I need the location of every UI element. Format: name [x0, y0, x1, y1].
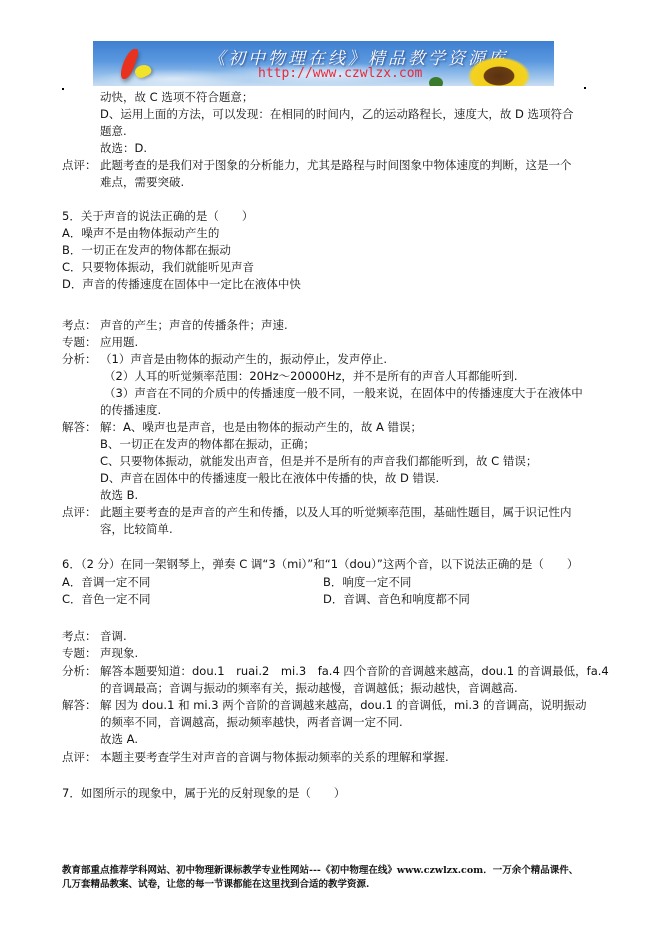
- zhuanti-label: 专题：: [62, 646, 97, 660]
- option-b: B．响度一定不同: [323, 575, 411, 589]
- kaodian-label: 考点：: [62, 318, 97, 332]
- fenxi-line: （1）声音是由物体的振动产生的，振动停止，发声停止.: [100, 352, 387, 366]
- fenxi-label: 分析：: [62, 352, 97, 366]
- option-d: D．音调、音色和响度都不同: [323, 592, 470, 606]
- answer-line: 题意.: [100, 124, 127, 138]
- kaodian-text: 音调.: [100, 629, 127, 643]
- zhuanti-label: 专题：: [62, 335, 97, 349]
- question-7-stem: 7．如图所示的现象中，属于光的反射现象的是（ ）: [62, 786, 345, 800]
- dianping-line: 本题主要考查学生对声音的音调与物体振动频率的关系的理解和掌握.: [100, 750, 449, 764]
- fenxi-line: 的音调最高；音调与振动的频率有关，振动越慢，音调越低；振动越快，音调越高.: [100, 681, 518, 695]
- option-a: A．噪声不是由物体振动产生的: [62, 226, 219, 240]
- zhuanti-text: 应用题.: [100, 335, 138, 349]
- jieda-label: 解答：: [62, 420, 97, 434]
- fenxi-label: 分析：: [62, 664, 97, 678]
- sunflower-icon: [468, 57, 530, 86]
- option-c: C．只要物体振动，我们就能听见声音: [62, 260, 254, 274]
- fenxi-line: 的传播速度.: [100, 403, 161, 417]
- dianping-line: 容，比较简单.: [100, 522, 173, 536]
- fenxi-line: 解答本题要知道：dou.1 ruai.2 mi.3 fa.4 四个音阶的音调越来…: [100, 664, 609, 678]
- comment-label: 点评：: [62, 158, 97, 172]
- footer-line: 几万套精品教案、试卷，让您的每一节课都能在这里找到合适的教学资源.: [62, 876, 369, 890]
- dianping-label: 点评：: [62, 505, 97, 519]
- comment-line: 此题考查的是我们对于图象的分析能力，尤其是路程与时间图象中物体速度的判断，这是一…: [100, 158, 572, 172]
- leaf-icon: [429, 77, 443, 86]
- corner-mark: [584, 87, 586, 89]
- jieda-line: 故选 A.: [100, 732, 138, 746]
- answer-line: 动快，故 C 选项不符合题意；: [100, 90, 253, 104]
- option-d: D．声音的传播速度在固体中一定比在液体中快: [62, 277, 301, 291]
- comment-line: 难点，需要突破.: [100, 175, 184, 189]
- kaodian-text: 声音的产生；声音的传播条件；声速.: [100, 318, 288, 332]
- jieda-label: 解答：: [62, 698, 97, 712]
- dianping-label: 点评：: [62, 750, 97, 764]
- jieda-line: C、只要物体振动，就能发出声音，但是并不是所有的声音我们都能听到，故 C 错误；: [100, 454, 537, 468]
- question-6-stem: 6．（2 分）在同一架钢琴上，弹奏 C 调“3（mi）”和“1（dou）”这两个…: [62, 557, 578, 571]
- zhuanti-text: 声现象.: [100, 646, 138, 660]
- jieda-line: 解 因为 dou.1 和 mi.3 两个音阶的音调越来越高，dou.1 的音调低…: [100, 698, 587, 712]
- option-a: A．音调一定不同: [62, 575, 150, 589]
- jieda-line: 解：A、噪声也是声音，也是由物体的振动产生的，故 A 错误；: [100, 420, 422, 434]
- jieda-line: 故选 B.: [100, 488, 138, 502]
- kaodian-label: 考点：: [62, 629, 97, 643]
- option-b: B．一切正在发声的物体都在振动: [62, 243, 231, 257]
- option-c: C．音色一定不同: [62, 592, 151, 606]
- answer-line: 故选：D.: [100, 141, 147, 155]
- footer-line: 教育部重点推荐学科网站、初中物理新课标教学专业性网站---《初中物理在线》www…: [62, 862, 578, 876]
- corner-mark: [62, 88, 64, 90]
- question-5-stem: 5．关于声音的说法正确的是（ ）: [62, 209, 253, 223]
- banner-url: http://www.czwlzx.com: [258, 66, 422, 81]
- answer-line: D、运用上面的方法，可以发现：在相同的时间内，乙的运动路程长，速度大，故 D 选…: [100, 107, 574, 121]
- dianping-line: 此题主要考查的是声音的产生和传播，以及人耳的听觉频率范围，基础性题目，属于识记性…: [100, 505, 572, 519]
- fenxi-line: （3）声音在不同的介质中的传播速度一般不同，一般来说，在固体中的传播速度大于在液…: [104, 386, 583, 400]
- jieda-line: D、声音在固体中的传播速度一般比在液体中传播的快，故 D 错误.: [100, 471, 439, 485]
- site-banner: 《初中物理在线》精品教学资源库 http://www.czwlzx.com: [93, 41, 554, 86]
- jieda-line: 的频率不同，音调越高，振动频率越快，两者音调一定不同.: [100, 715, 403, 729]
- jieda-line: B、一切正在发声的物体都在振动，正确；: [100, 437, 315, 451]
- fenxi-line: （2）人耳的听觉频率范围：20Hz～20000Hz，并不是所有的声音人耳都能听到…: [104, 369, 518, 383]
